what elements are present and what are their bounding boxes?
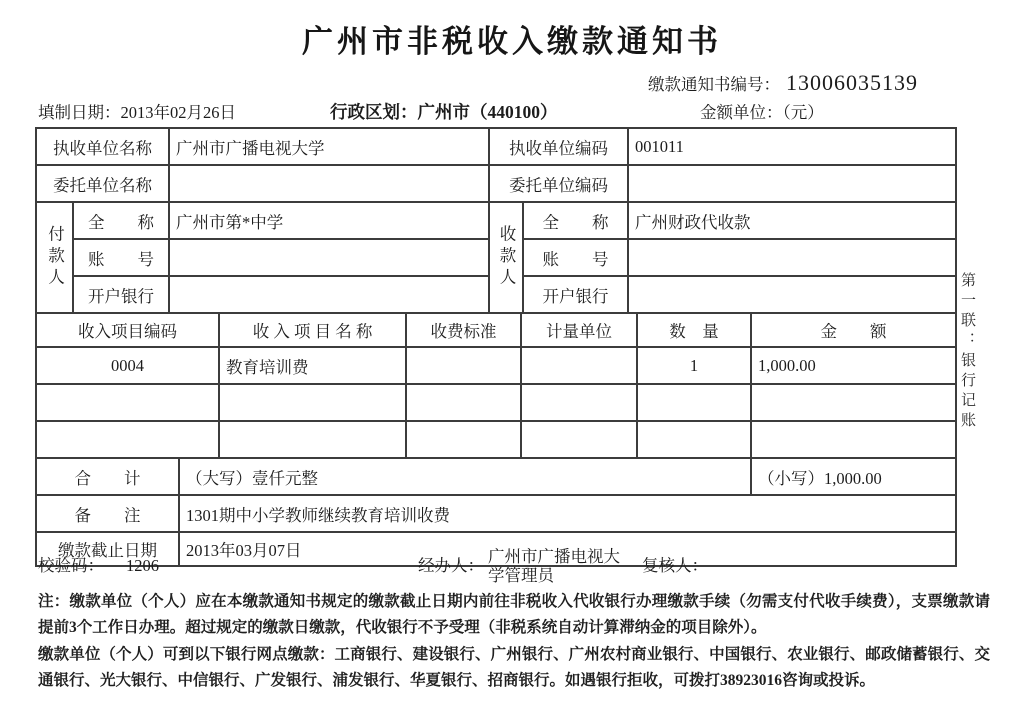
table-row: 执收单位名称 广州市广播电视大学 执收单位编码 001011 — [36, 128, 956, 165]
notice-number-row: 缴款通知书编号：13006035139 — [648, 70, 918, 96]
item-standard — [406, 384, 521, 421]
entrusted-unit-code-label: 委托单位编码 — [489, 165, 628, 202]
payer-payee-section: 付款人 全 称 广州市第*中学 收款人 全 称 广州财政代收款 账 号 账 号 … — [35, 201, 957, 314]
header-quantity: 数 量 — [637, 313, 751, 347]
header-measure-unit: 计量单位 — [521, 313, 637, 347]
item-code — [36, 384, 219, 421]
page-title: 广州市非税收入缴款通知书 — [0, 16, 1024, 61]
item-standard — [406, 421, 521, 458]
footnote-paragraph-2: 缴款单位（个人）可到以下银行网点缴款：工商银行、建设银行、广州银行、广州农村商业… — [38, 642, 990, 695]
collecting-unit-code-label: 执收单位编码 — [489, 128, 628, 165]
payer-bank-value — [169, 276, 489, 313]
item-row: 0004 教育培训费 1 1,000.00 — [36, 347, 956, 384]
item-code: 0004 — [36, 347, 219, 384]
header-amount: 金 额 — [751, 313, 956, 347]
entrusted-unit-name-value — [169, 165, 489, 202]
collecting-unit-name-label: 执收单位名称 — [36, 128, 169, 165]
item-standard — [406, 347, 521, 384]
amount-unit: 金额单位：（元） — [700, 99, 824, 123]
entrusted-unit-code-value — [628, 165, 956, 202]
items-section: 收入项目编码 收 入 项 目 名 称 收费标准 计量单位 数 量 金 额 000… — [35, 312, 957, 459]
remark-row: 备 注 1301期中小学教师继续教育培训收费 — [36, 495, 956, 532]
admin-division: 行政区划：广州市（440100） — [330, 99, 558, 124]
total-row: 合 计 （大写）壹仟元整 （小写）1,000.00 — [36, 458, 956, 495]
item-unit — [521, 384, 637, 421]
payee-account-label: 账 号 — [523, 239, 628, 276]
item-qty — [637, 384, 751, 421]
items-header-row: 收入项目编码 收 入 项 目 名 称 收费标准 计量单位 数 量 金 额 — [36, 313, 956, 347]
header-fee-standard: 收费标准 — [406, 313, 521, 347]
item-amount: 1,000.00 — [751, 347, 956, 384]
notice-table: 执收单位名称 广州市广播电视大学 执收单位编码 001011 委托单位名称 委托… — [35, 127, 955, 567]
payer-name-value: 广州市第*中学 — [169, 202, 489, 239]
payer-account-value — [169, 239, 489, 276]
header-item-name: 收 入 项 目 名 称 — [219, 313, 406, 347]
item-qty — [637, 421, 751, 458]
total-section: 合 计 （大写）壹仟元整 （小写）1,000.00 — [35, 457, 957, 496]
item-code — [36, 421, 219, 458]
payee-bank-label: 开户银行 — [523, 276, 628, 313]
total-in-words: （大写）壹仟元整 — [179, 458, 751, 495]
operator: 经办人：广州市广播电视大学管理员 — [418, 552, 624, 586]
fill-date: 填制日期：2013年02月26日 — [38, 99, 236, 123]
item-qty: 1 — [637, 347, 751, 384]
payer-name-label: 全 称 — [73, 202, 169, 239]
item-unit — [521, 347, 637, 384]
notice-number-label: 缴款通知书编号： — [648, 75, 780, 94]
payee-name-label: 全 称 — [523, 202, 628, 239]
payee-group-label: 收款人 — [489, 202, 523, 313]
footnote-paragraph-1: 注：缴款单位（个人）应在本缴款通知书规定的缴款截止日期内前往非税收入代收银行办理… — [38, 589, 990, 642]
collecting-unit-name-value: 广州市广播电视大学 — [169, 128, 489, 165]
total-in-figures: （小写）1,000.00 — [751, 458, 956, 495]
collecting-unit-code-value: 001011 — [628, 128, 956, 165]
item-name: 教育培训费 — [219, 347, 406, 384]
remark-label: 备 注 — [36, 495, 179, 532]
reviewer: 复核人： — [642, 552, 708, 576]
unit-section: 执收单位名称 广州市广播电视大学 执收单位编码 001011 委托单位名称 委托… — [35, 127, 957, 203]
item-row — [36, 384, 956, 421]
total-label: 合 计 — [36, 458, 179, 495]
payer-group-label: 付款人 — [36, 202, 73, 313]
item-amount — [751, 421, 956, 458]
payee-name-value: 广州财政代收款 — [628, 202, 956, 239]
item-name — [219, 421, 406, 458]
entrusted-unit-name-label: 委托单位名称 — [36, 165, 169, 202]
table-row: 付款人 全 称 广州市第*中学 收款人 全 称 广州财政代收款 — [36, 202, 956, 239]
payer-account-label: 账 号 — [73, 239, 169, 276]
item-name — [219, 384, 406, 421]
copy-number-label: 第一联：银行记账 — [957, 272, 978, 432]
footnotes: 注：缴款单位（个人）应在本缴款通知书规定的缴款截止日期内前往非税收入代收银行办理… — [38, 589, 990, 694]
checksum: 校验码：1206 — [38, 552, 159, 576]
payee-bank-value — [628, 276, 956, 313]
table-row: 委托单位名称 委托单位编码 — [36, 165, 956, 202]
item-amount — [751, 384, 956, 421]
notice-number: 13006035139 — [786, 70, 918, 95]
remark-value: 1301期中小学教师继续教育培训收费 — [179, 495, 956, 532]
payer-bank-label: 开户银行 — [73, 276, 169, 313]
item-row — [36, 421, 956, 458]
payee-account-value — [628, 239, 956, 276]
header-item-code: 收入项目编码 — [36, 313, 219, 347]
item-unit — [521, 421, 637, 458]
